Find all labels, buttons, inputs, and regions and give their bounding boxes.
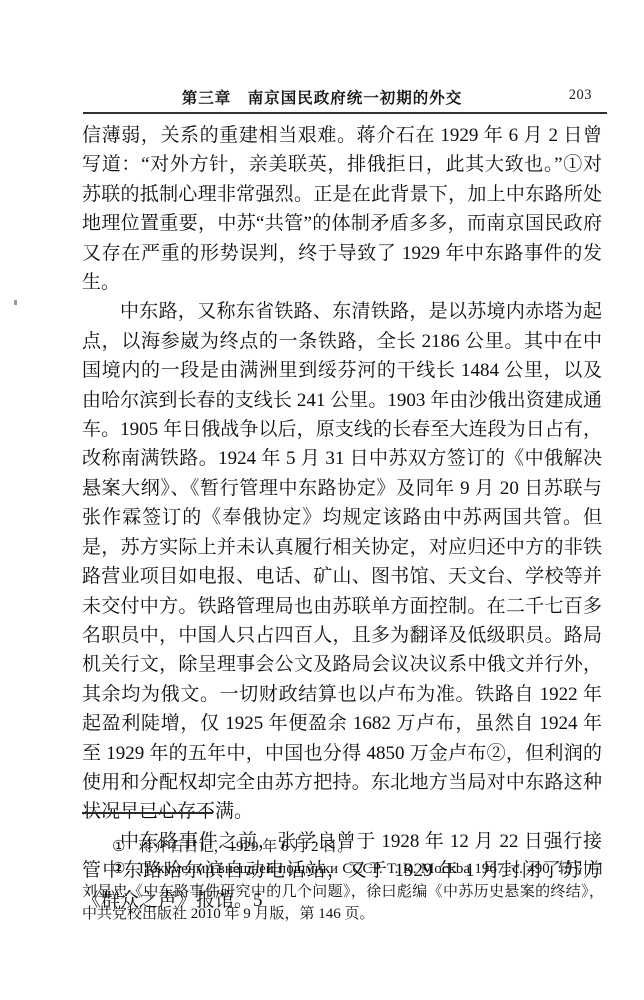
scan-artifact (14, 300, 17, 305)
footnote-2: ②Покуменмц внешней пощмики СССР. Т. R. M… (82, 858, 604, 925)
paragraph-1: 信薄弱，关系的重建相当艰难。蒋介石在 1929 年 6 月 2 日曾写道：“对外… (82, 121, 602, 297)
paragraph-2: 中东路，又称东省铁路、东清铁路，是以苏境内赤塔为起点，以海参崴为终点的一条铁路，… (82, 297, 602, 826)
body-text: 信薄弱，关系的重建相当艰难。蒋介石在 1929 年 6 月 2 日曾写道：“对外… (82, 121, 602, 915)
footnote-1-text: 蒋介石日记，1929 年 6 月 2 日。 (138, 839, 352, 855)
header-rule (83, 112, 607, 114)
footnote-separator (82, 812, 213, 814)
page-number: 203 (569, 87, 592, 104)
footnote-1-marker: ① (112, 839, 138, 855)
footnotes: ①蒋介石日记，1929 年 6 月 2 日。 ②Покуменмц внешне… (82, 836, 604, 926)
footnote-2-text: Покуменмц внешней пощмики СССР. Т. R. Mo… (82, 861, 604, 922)
footnote-2-marker: ② (112, 861, 139, 877)
footnote-1: ①蒋介石日记，1929 年 6 月 2 日。 (82, 836, 604, 858)
running-header: 第三章 南京国民政府统一初期的外交 203 (0, 86, 644, 108)
book-page: 第三章 南京国民政府统一初期的外交 203 信薄弱，关系的重建相当艰难。蒋介石在… (0, 0, 644, 1000)
chapter-title: 第三章 南京国民政府统一初期的外交 (0, 86, 644, 108)
